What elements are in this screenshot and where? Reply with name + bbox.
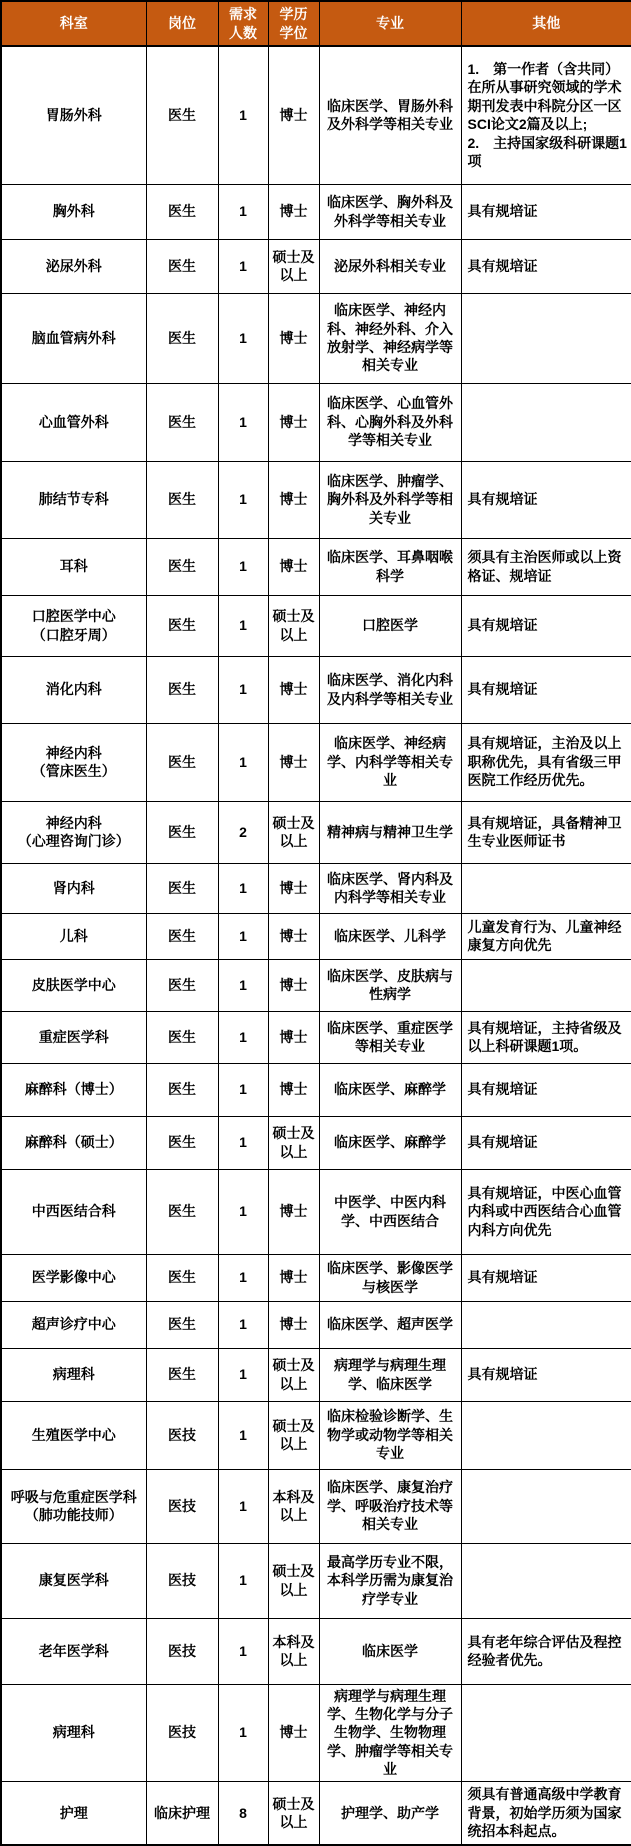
table-row: 皮肤医学中心医生1博士临床医学、皮肤病与性病学 <box>1 959 631 1011</box>
cell-major: 临床医学、康复治疗学、呼吸治疗技术等相关专业 <box>319 1469 461 1543</box>
cell-degree: 博士 <box>268 461 319 538</box>
cell-other-requirements: 具有规培证 <box>461 656 631 723</box>
cell-degree: 博士 <box>268 1684 319 1781</box>
table-row: 超声诊疗中心医生1博士临床医学、超声医学 <box>1 1301 631 1348</box>
cell-department: 中西医结合科 <box>1 1169 146 1254</box>
cell-major: 临床医学、神经病学、内科学等相关专业 <box>319 723 461 801</box>
cell-headcount: 1 <box>218 1254 268 1301</box>
table-row: 病理科医技1博士病理学与病理生理学、生物化学与分子生物学、生物物理学、肿瘤学等相… <box>1 1684 631 1781</box>
cell-headcount: 1 <box>218 383 268 461</box>
table-row: 心血管外科医生1博士临床医学、心血管外科、心胸外科及外科学等相关专业 <box>1 383 631 461</box>
cell-major: 临床医学、皮肤病与性病学 <box>319 959 461 1011</box>
cell-department: 泌尿外科 <box>1 239 146 293</box>
table-row: 泌尿外科医生1硕士及以上泌尿外科相关专业具有规培证 <box>1 239 631 293</box>
cell-degree: 博士 <box>268 863 319 913</box>
cell-degree: 博士 <box>268 1301 319 1348</box>
cell-department: 麻醉科（硕士） <box>1 1116 146 1169</box>
cell-department: 脑血管病外科 <box>1 293 146 383</box>
cell-headcount: 1 <box>218 1169 268 1254</box>
cell-headcount: 1 <box>218 538 268 595</box>
cell-position: 医生 <box>146 801 218 863</box>
cell-degree: 博士 <box>268 293 319 383</box>
cell-department: 肺结节专科 <box>1 461 146 538</box>
cell-department: 心血管外科 <box>1 383 146 461</box>
cell-headcount: 1 <box>218 239 268 293</box>
cell-position: 医生 <box>146 184 218 239</box>
cell-other-requirements: 具有规培证 <box>461 1063 631 1116</box>
cell-major: 临床医学、肿瘤学、胸外科及外科学等相关专业 <box>319 461 461 538</box>
cell-headcount: 1 <box>218 1116 268 1169</box>
cell-other-requirements <box>461 1684 631 1781</box>
cell-headcount: 1 <box>218 1543 268 1618</box>
table-body: 胃肠外科医生1博士临床医学、胃肠外科及外科学等相关专业1. 第一作者（含共同）在… <box>1 46 631 1845</box>
cell-degree: 博士 <box>268 538 319 595</box>
cell-position: 医生 <box>146 239 218 293</box>
cell-major: 临床医学、神经内科、神经外科、介入放射学、神经病学等相关专业 <box>319 293 461 383</box>
cell-department: 口腔医学中心 （口腔牙周） <box>1 595 146 656</box>
column-header-major: 专业 <box>319 1 461 46</box>
cell-other-requirements <box>461 1543 631 1618</box>
column-header-post: 岗位 <box>146 1 218 46</box>
cell-major: 病理学与病理生理学、生物化学与分子生物学、生物物理学、肿瘤学等相关专业 <box>319 1684 461 1781</box>
cell-major: 病理学与病理生理学、临床医学 <box>319 1348 461 1401</box>
cell-position: 医技 <box>146 1543 218 1618</box>
cell-position: 医技 <box>146 1401 218 1469</box>
cell-degree: 硕士及以上 <box>268 1781 319 1845</box>
table-row: 呼吸与危重症医学科 （肺功能技师）医技1本科及以上临床医学、康复治疗学、呼吸治疗… <box>1 1469 631 1543</box>
cell-degree: 博士 <box>268 723 319 801</box>
cell-department: 病理科 <box>1 1348 146 1401</box>
cell-degree: 本科及以上 <box>268 1618 319 1684</box>
cell-department: 生殖医学中心 <box>1 1401 146 1469</box>
cell-other-requirements: 儿童发育行为、儿童神经康复方向优先 <box>461 913 631 959</box>
cell-major: 临床医学、消化内科及内科学等相关专业 <box>319 656 461 723</box>
cell-other-requirements <box>461 959 631 1011</box>
table-row: 麻醉科（硕士）医生1硕士及以上临床医学、麻醉学具有规培证 <box>1 1116 631 1169</box>
cell-major: 临床医学、重症医学等相关专业 <box>319 1011 461 1063</box>
cell-position: 医生 <box>146 1116 218 1169</box>
header-row: 科室 岗位 需求 人数 学历 学位 专业 其他 <box>1 1 631 46</box>
table-row: 口腔医学中心 （口腔牙周）医生1硕士及以上口腔医学具有规培证 <box>1 595 631 656</box>
column-header-dept: 科室 <box>1 1 146 46</box>
cell-degree: 硕士及以上 <box>268 595 319 656</box>
cell-department: 胸外科 <box>1 184 146 239</box>
cell-degree: 博士 <box>268 1169 319 1254</box>
cell-department: 神经内科 （心理咨询门诊） <box>1 801 146 863</box>
cell-degree: 硕士及以上 <box>268 1401 319 1469</box>
table-row: 肺结节专科医生1博士临床医学、肿瘤学、胸外科及外科学等相关专业具有规培证 <box>1 461 631 538</box>
cell-position: 医生 <box>146 913 218 959</box>
cell-other-requirements: 具有规培证，具备精神卫生专业医师证书 <box>461 801 631 863</box>
cell-headcount: 1 <box>218 913 268 959</box>
cell-degree: 硕士及以上 <box>268 1116 319 1169</box>
cell-other-requirements: 具有规培证 <box>461 595 631 656</box>
cell-position: 医生 <box>146 46 218 184</box>
cell-other-requirements: 具有规培证 <box>461 1116 631 1169</box>
cell-position: 医生 <box>146 538 218 595</box>
cell-position: 医生 <box>146 1011 218 1063</box>
cell-major: 精神病与精神卫生学 <box>319 801 461 863</box>
table-row: 胸外科医生1博士临床医学、胸外科及外科学等相关专业具有规培证 <box>1 184 631 239</box>
cell-other-requirements: 须具有主治医师或以上资格证、规培证 <box>461 538 631 595</box>
cell-position: 医生 <box>146 595 218 656</box>
table-row: 康复医学科医技1硕士及以上最高学历专业不限，本科学历需为康复治疗学专业 <box>1 1543 631 1618</box>
cell-major: 临床医学、肾内科及内科学等相关专业 <box>319 863 461 913</box>
cell-headcount: 1 <box>218 1469 268 1543</box>
cell-department: 护理 <box>1 1781 146 1845</box>
cell-degree: 博士 <box>268 1063 319 1116</box>
table-row: 耳科医生1博士临床医学、耳鼻咽喉科学须具有主治医师或以上资格证、规培证 <box>1 538 631 595</box>
cell-position: 医生 <box>146 293 218 383</box>
cell-degree: 本科及以上 <box>268 1469 319 1543</box>
cell-other-requirements <box>461 383 631 461</box>
cell-headcount: 1 <box>218 595 268 656</box>
cell-major: 临床检验诊断学、生物学或动物学等相关专业 <box>319 1401 461 1469</box>
cell-other-requirements: 具有规培证 <box>461 461 631 538</box>
cell-other-requirements <box>461 1401 631 1469</box>
table-row: 神经内科 （心理咨询门诊）医生2硕士及以上精神病与精神卫生学具有规培证，具备精神… <box>1 801 631 863</box>
cell-department: 消化内科 <box>1 656 146 723</box>
cell-degree: 博士 <box>268 959 319 1011</box>
cell-major: 临床医学 <box>319 1618 461 1684</box>
cell-headcount: 1 <box>218 959 268 1011</box>
cell-major: 临床医学、麻醉学 <box>319 1116 461 1169</box>
cell-headcount: 2 <box>218 801 268 863</box>
cell-headcount: 1 <box>218 293 268 383</box>
recruitment-table: 科室 岗位 需求 人数 学历 学位 专业 其他 胃肠外科医生1博士临床医学、胃肠… <box>0 0 631 1846</box>
cell-degree: 博士 <box>268 913 319 959</box>
cell-position: 医生 <box>146 1254 218 1301</box>
cell-other-requirements: 具有规培证，中医心血管内科或中西医结合心血管内科方向优先 <box>461 1169 631 1254</box>
cell-headcount: 1 <box>218 184 268 239</box>
cell-major: 临床医学、麻醉学 <box>319 1063 461 1116</box>
table-row: 神经内科 （管床医生）医生1博士临床医学、神经病学、内科学等相关专业具有规培证，… <box>1 723 631 801</box>
cell-headcount: 1 <box>218 1348 268 1401</box>
cell-headcount: 1 <box>218 656 268 723</box>
cell-other-requirements: 具有规培证 <box>461 1254 631 1301</box>
cell-headcount: 1 <box>218 1618 268 1684</box>
cell-other-requirements: 具有规培证，主持省级及以上科研课题1项。 <box>461 1011 631 1063</box>
cell-other-requirements: 1. 第一作者（含共同）在所从事研究领域的学术期刊发表中科院分区一区SCI论文2… <box>461 46 631 184</box>
cell-position: 医生 <box>146 1301 218 1348</box>
cell-major: 临床医学、心血管外科、心胸外科及外科学等相关专业 <box>319 383 461 461</box>
cell-headcount: 1 <box>218 1684 268 1781</box>
cell-major: 临床医学、影像医学与核医学 <box>319 1254 461 1301</box>
cell-degree: 博士 <box>268 1254 319 1301</box>
cell-other-requirements <box>461 1469 631 1543</box>
cell-other-requirements <box>461 863 631 913</box>
cell-degree: 博士 <box>268 383 319 461</box>
table-row: 病理科医生1硕士及以上病理学与病理生理学、临床医学具有规培证 <box>1 1348 631 1401</box>
cell-headcount: 1 <box>218 723 268 801</box>
cell-department: 病理科 <box>1 1684 146 1781</box>
cell-department: 儿科 <box>1 913 146 959</box>
table-header: 科室 岗位 需求 人数 学历 学位 专业 其他 <box>1 1 631 46</box>
cell-department: 麻醉科（博士） <box>1 1063 146 1116</box>
cell-headcount: 1 <box>218 1063 268 1116</box>
table-row: 脑血管病外科医生1博士临床医学、神经内科、神经外科、介入放射学、神经病学等相关专… <box>1 293 631 383</box>
cell-position: 医技 <box>146 1684 218 1781</box>
cell-major: 临床医学、超声医学 <box>319 1301 461 1348</box>
cell-department: 康复医学科 <box>1 1543 146 1618</box>
cell-other-requirements: 具有老年综合评估及程控经验者优先。 <box>461 1618 631 1684</box>
table-row: 消化内科医生1博士临床医学、消化内科及内科学等相关专业具有规培证 <box>1 656 631 723</box>
cell-major: 临床医学、儿科学 <box>319 913 461 959</box>
cell-degree: 硕士及以上 <box>268 801 319 863</box>
cell-position: 临床护理 <box>146 1781 218 1845</box>
cell-degree: 博士 <box>268 1011 319 1063</box>
cell-major: 泌尿外科相关专业 <box>319 239 461 293</box>
cell-department: 超声诊疗中心 <box>1 1301 146 1348</box>
cell-position: 医技 <box>146 1469 218 1543</box>
cell-other-requirements: 具有规培证，主治及以上职称优先，具有省级三甲医院工作经历优先。 <box>461 723 631 801</box>
cell-headcount: 1 <box>218 461 268 538</box>
cell-department: 医学影像中心 <box>1 1254 146 1301</box>
cell-position: 医生 <box>146 461 218 538</box>
table-row: 肾内科医生1博士临床医学、肾内科及内科学等相关专业 <box>1 863 631 913</box>
cell-major: 临床医学、耳鼻咽喉科学 <box>319 538 461 595</box>
cell-position: 医生 <box>146 959 218 1011</box>
cell-degree: 硕士及以上 <box>268 1543 319 1618</box>
cell-department: 呼吸与危重症医学科 （肺功能技师） <box>1 1469 146 1543</box>
cell-degree: 博士 <box>268 184 319 239</box>
cell-major: 护理学、助产学 <box>319 1781 461 1845</box>
cell-major: 最高学历专业不限，本科学历需为康复治疗学专业 <box>319 1543 461 1618</box>
cell-degree: 博士 <box>268 656 319 723</box>
cell-department: 肾内科 <box>1 863 146 913</box>
cell-department: 老年医学科 <box>1 1618 146 1684</box>
cell-degree: 硕士及以上 <box>268 1348 319 1401</box>
table-row: 生殖医学中心医技1硕士及以上临床检验诊断学、生物学或动物学等相关专业 <box>1 1401 631 1469</box>
table-row: 老年医学科医技1本科及以上临床医学具有老年综合评估及程控经验者优先。 <box>1 1618 631 1684</box>
cell-major: 临床医学、胸外科及外科学等相关专业 <box>319 184 461 239</box>
cell-other-requirements: 具有规培证 <box>461 1348 631 1401</box>
cell-department: 皮肤医学中心 <box>1 959 146 1011</box>
table-row: 重症医学科医生1博士临床医学、重症医学等相关专业具有规培证，主持省级及以上科研课… <box>1 1011 631 1063</box>
cell-headcount: 1 <box>218 863 268 913</box>
cell-headcount: 1 <box>218 1401 268 1469</box>
cell-headcount: 1 <box>218 46 268 184</box>
column-header-degree: 学历 学位 <box>268 1 319 46</box>
cell-department: 重症医学科 <box>1 1011 146 1063</box>
cell-headcount: 1 <box>218 1301 268 1348</box>
table-row: 护理临床护理8硕士及以上护理学、助产学须具有普通高级中学教育背景，初始学历须为国… <box>1 1781 631 1845</box>
cell-major: 中医学、中医内科学、中西医结合 <box>319 1169 461 1254</box>
cell-position: 医生 <box>146 1348 218 1401</box>
cell-department: 胃肠外科 <box>1 46 146 184</box>
cell-major: 临床医学、胃肠外科及外科学等相关专业 <box>319 46 461 184</box>
cell-other-requirements: 须具有普通高级中学教育背景，初始学历须为国家统招本科起点。 <box>461 1781 631 1845</box>
cell-degree: 硕士及以上 <box>268 239 319 293</box>
table-row: 儿科医生1博士临床医学、儿科学儿童发育行为、儿童神经康复方向优先 <box>1 913 631 959</box>
cell-other-requirements: 具有规培证 <box>461 184 631 239</box>
cell-headcount: 8 <box>218 1781 268 1845</box>
cell-position: 医生 <box>146 383 218 461</box>
cell-headcount: 1 <box>218 1011 268 1063</box>
cell-degree: 博士 <box>268 46 319 184</box>
cell-other-requirements <box>461 293 631 383</box>
cell-position: 医生 <box>146 863 218 913</box>
cell-other-requirements <box>461 1301 631 1348</box>
cell-position: 医生 <box>146 1169 218 1254</box>
cell-other-requirements: 具有规培证 <box>461 239 631 293</box>
cell-position: 医生 <box>146 656 218 723</box>
table-row: 中西医结合科医生1博士中医学、中医内科学、中西医结合具有规培证，中医心血管内科或… <box>1 1169 631 1254</box>
column-header-count: 需求 人数 <box>218 1 268 46</box>
table-row: 胃肠外科医生1博士临床医学、胃肠外科及外科学等相关专业1. 第一作者（含共同）在… <box>1 46 631 184</box>
cell-position: 医生 <box>146 723 218 801</box>
cell-department: 神经内科 （管床医生） <box>1 723 146 801</box>
cell-department: 耳科 <box>1 538 146 595</box>
cell-position: 医技 <box>146 1618 218 1684</box>
table-row: 医学影像中心医生1博士临床医学、影像医学与核医学具有规培证 <box>1 1254 631 1301</box>
table-row: 麻醉科（博士）医生1博士临床医学、麻醉学具有规培证 <box>1 1063 631 1116</box>
column-header-other: 其他 <box>461 1 631 46</box>
cell-major: 口腔医学 <box>319 595 461 656</box>
cell-position: 医生 <box>146 1063 218 1116</box>
